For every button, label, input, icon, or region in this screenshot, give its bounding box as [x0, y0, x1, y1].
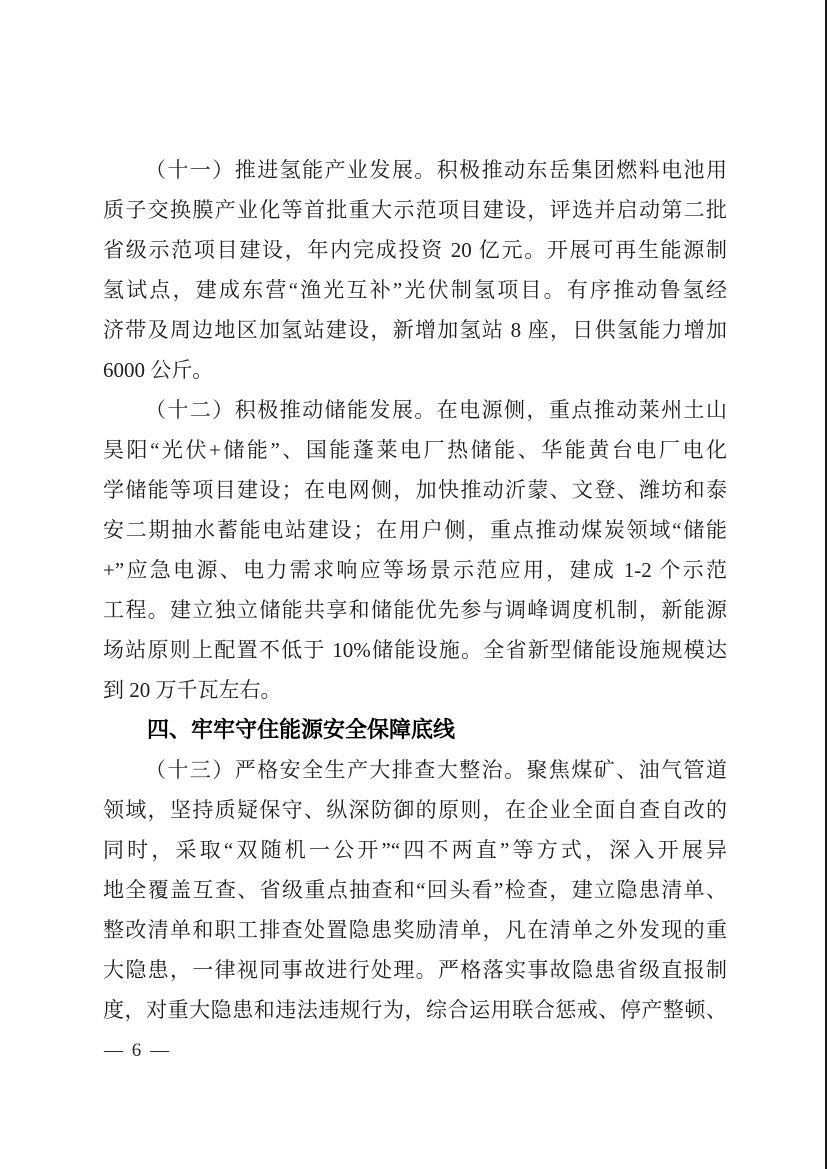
page-number: — 6 —	[104, 1040, 171, 1062]
paragraph-line: 学储能等项目建设；在电网侧，加快推动沂蒙、文登、潍坊和泰	[103, 470, 727, 510]
paragraph-line: 6000 公斤。	[103, 350, 727, 390]
scan-edge-line	[825, 0, 827, 1169]
paragraph-line: 到 20 万千瓦左右。	[103, 670, 727, 710]
paragraph-line: 氢试点，建成东营“渔光互补”光伏制氢项目。有序推动鲁氢经	[103, 270, 727, 310]
paragraph-line: 整改清单和职工排查处置隐患奖励清单，凡在清单之外发现的重	[103, 910, 727, 950]
paragraph-line: 地全覆盖互查、省级重点抽查和“回头看”检查，建立隐患清单、	[103, 870, 727, 910]
paragraph-line: 质子交换膜产业化等首批重大示范项目建设，评选并启动第二批	[103, 190, 727, 230]
paragraph-line: 领域，坚持质疑保守、纵深防御的原则，在企业全面自查自改的	[103, 790, 727, 830]
paragraph-line: 工程。建立独立储能共享和储能优先参与调峰调度机制，新能源	[103, 590, 727, 630]
paragraph-line: +”应急电源、电力需求响应等场景示范应用，建成 1-2 个示范	[103, 550, 727, 590]
page-content: （十一）推进氢能产业发展。积极推动东岳集团燃料电池用 质子交换膜产业化等首批重大…	[103, 150, 727, 1030]
paragraph-line: （十三）严格安全生产大排查大整治。聚焦煤矿、油气管道	[103, 750, 727, 790]
paragraph-12: （十二）积极推动储能发展。在电源侧，重点推动莱州土山 昊阳“光伏+储能”、国能蓬…	[103, 390, 727, 710]
paragraph-line: 场站原则上配置不低于 10%储能设施。全省新型储能设施规模达	[103, 630, 727, 670]
paragraph-13: （十三）严格安全生产大排查大整治。聚焦煤矿、油气管道 领域，坚持质疑保守、纵深防…	[103, 750, 727, 1030]
paragraph-line: 济带及周边地区加氢站建设，新增加氢站 8 座，日供氢能力增加	[103, 310, 727, 350]
paragraph-line: 省级示范项目建设，年内完成投资 20 亿元。开展可再生能源制	[103, 230, 727, 270]
paragraph-line: 度，对重大隐患和违法违规行为，综合运用联合惩戒、停产整顿、	[103, 990, 727, 1030]
document-page: （十一）推进氢能产业发展。积极推动东岳集团燃料电池用 质子交换膜产业化等首批重大…	[0, 0, 828, 1169]
paragraph-line: 大隐患，一律视同事故进行处理。严格落实事故隐患省级直报制	[103, 950, 727, 990]
paragraph-line: （十一）推进氢能产业发展。积极推动东岳集团燃料电池用	[103, 150, 727, 190]
section-heading: 四、牢牢守住能源安全保障底线	[103, 710, 727, 750]
paragraph-line: 安二期抽水蓄能电站建设；在用户侧，重点推动煤炭领域“储能	[103, 510, 727, 550]
paragraph-line: 昊阳“光伏+储能”、国能蓬莱电厂热储能、华能黄台电厂电化	[103, 430, 727, 470]
paragraph-line: （十二）积极推动储能发展。在电源侧，重点推动莱州土山	[103, 390, 727, 430]
paragraph-line: 同时，采取“双随机一公开”“四不两直”等方式，深入开展异	[103, 830, 727, 870]
paragraph-11: （十一）推进氢能产业发展。积极推动东岳集团燃料电池用 质子交换膜产业化等首批重大…	[103, 150, 727, 390]
